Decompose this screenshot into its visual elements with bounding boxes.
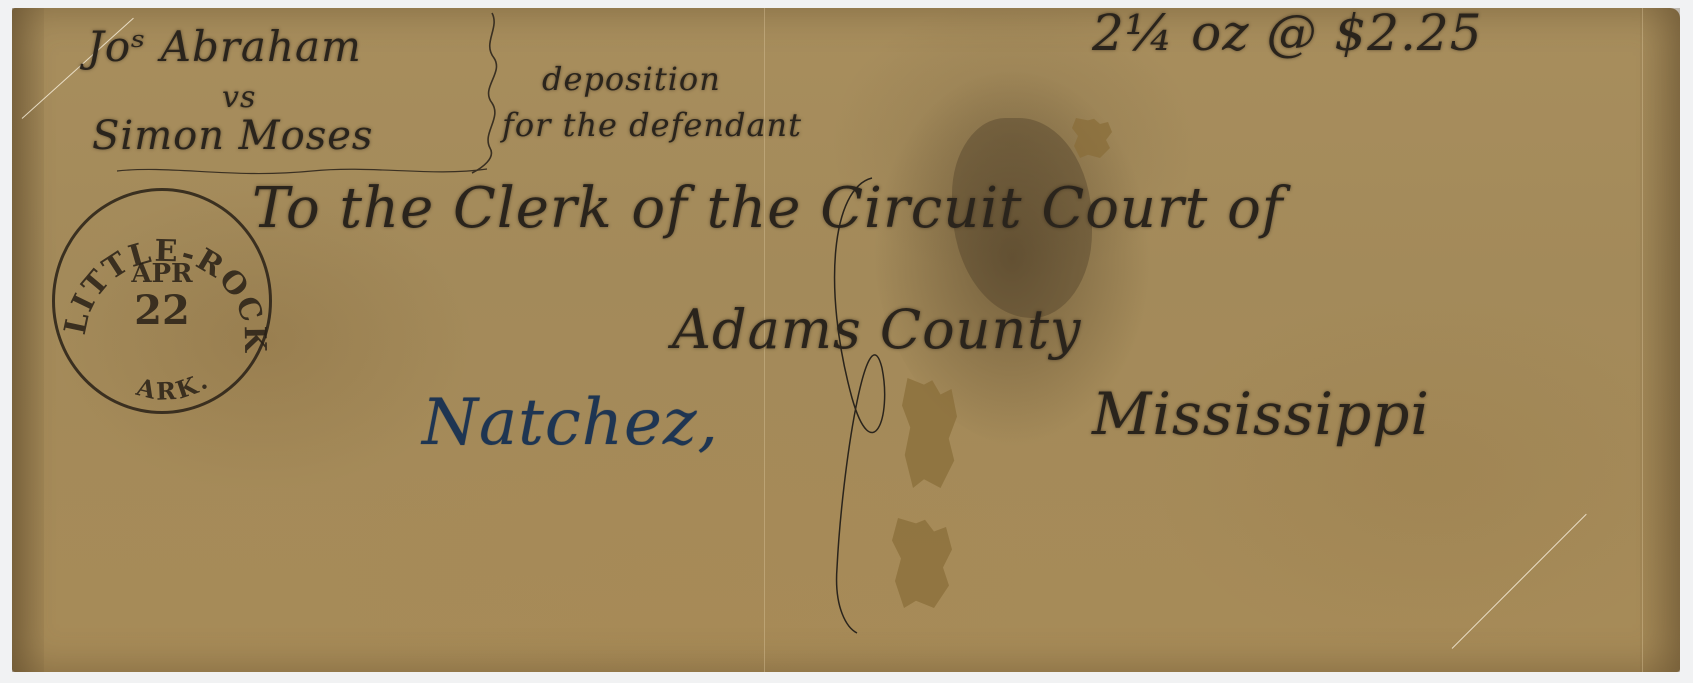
- right-fold-shadow: [1640, 8, 1680, 672]
- address-line1: To the Clerk of the Circuit Court of: [252, 176, 1284, 241]
- docket-defendant: Simon Moses: [92, 113, 373, 159]
- paper-damage: [1072, 118, 1112, 158]
- docket-versus: vs: [222, 80, 256, 115]
- postmark-month: APR: [55, 259, 269, 289]
- address-state: Mississippi: [1092, 380, 1430, 448]
- postmark: LITTLE-ROCK ARK. APR 22: [52, 188, 272, 414]
- rate-notation: 2¼ oz @ $2.25: [1092, 4, 1483, 62]
- postmark-day: 22: [55, 287, 269, 334]
- left-fold-shadow: [12, 8, 44, 672]
- docket-plaintiff: Joˢ Abraham: [87, 22, 362, 71]
- svg-text:ARK.: ARK.: [133, 365, 215, 406]
- pen-flourish: [812, 168, 932, 638]
- vertical-crease: [1642, 8, 1643, 672]
- note-line2: for the defendant: [502, 106, 802, 144]
- scanned-envelope: Joˢ Abraham vs Simon Moses deposition fo…: [0, 0, 1693, 683]
- address-city: Natchez,: [422, 386, 719, 460]
- note-line1: deposition: [542, 60, 721, 98]
- docket-bracket: [452, 8, 522, 178]
- scan-scratch: [1452, 514, 1587, 649]
- envelope-cover: Joˢ Abraham vs Simon Moses deposition fo…: [12, 8, 1680, 672]
- postmark-state: ARK.: [133, 365, 215, 406]
